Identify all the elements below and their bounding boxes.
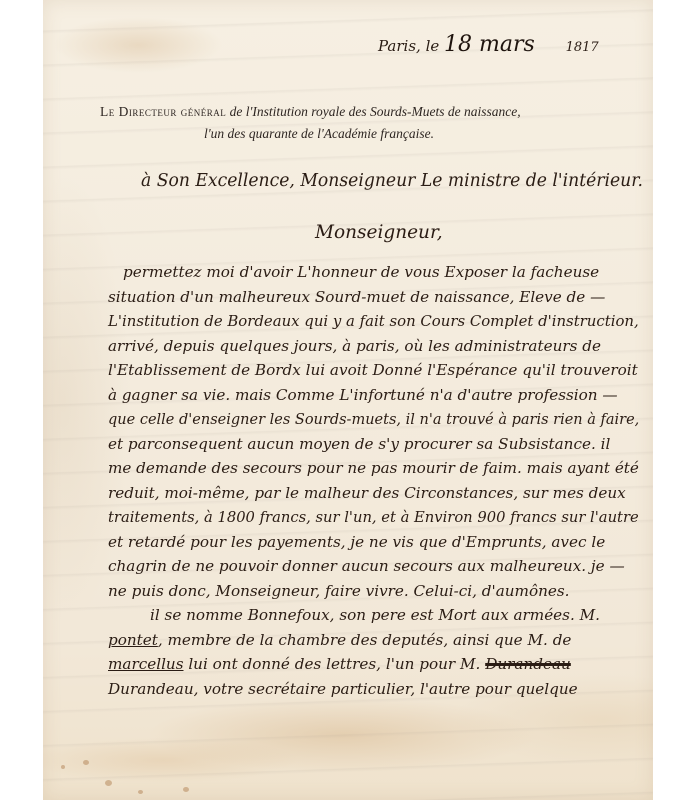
body-line: et retardé pour les payements, je ne vis… [108, 533, 605, 551]
place: Paris, le [378, 37, 439, 55]
underlined-name: marcellus [108, 655, 184, 673]
body-line: reduit, moi-même, par le malheur des Cir… [108, 484, 626, 502]
body-line: situation d'un malheureux Sourd-muet de … [108, 288, 605, 306]
day-month: 18 mars [444, 32, 535, 57]
salutation: Monseigneur, [315, 222, 443, 243]
letterhead-line-2: l'un des quarante de l'Académie français… [204, 126, 434, 142]
foxing-spot [105, 780, 112, 786]
underlined-name: pontet [108, 631, 158, 649]
letterhead-line-1: Le Directeur général de l'Institution ro… [100, 104, 521, 120]
body-line: que celle d'enseigner les Sourds-muets, … [108, 410, 639, 428]
foxing-spot [183, 787, 189, 792]
year: 1817 [566, 40, 599, 55]
body-line: et parconsequent aucun moyen de s'y proc… [108, 435, 610, 453]
body-line: traitements, à 1800 francs, sur l'un, et… [108, 508, 639, 526]
foxing-spot [138, 790, 143, 794]
body-line: à gagner sa vie. mais Comme L'infortuné … [108, 386, 618, 404]
body-line: chagrin de ne pouvoir donner aucun secou… [108, 557, 625, 575]
foxing-spot [83, 760, 89, 765]
body-line: ne puis donc, Monseigneur, faire vivre. … [108, 582, 569, 600]
body-line: permettez moi d'avoir L'honneur de vous … [123, 263, 599, 281]
body-line: pontet, membre de la chambre des deputés… [108, 631, 571, 649]
letterhead-institution: de l'Institution royale des Sourds-Muets… [230, 104, 521, 119]
body-line: marcellus lui ont donné des lettres, l'u… [108, 655, 571, 673]
letterhead-title: Le Directeur général [100, 104, 226, 119]
body-line: l'Etablissement de Bordx lui avoit Donné… [108, 361, 638, 379]
addressee: à Son Excellence, Monseigneur Le ministr… [141, 171, 643, 191]
body-line: L'institution de Bordeaux qui y a fait s… [108, 312, 639, 330]
body-line: Durandeau, votre secrétaire particulier,… [108, 680, 578, 698]
struck-through-word: Durandeau [485, 655, 571, 673]
foxing-spot [61, 765, 65, 769]
body-line: il se nomme Bonnefoux, son pere est Mort… [150, 606, 600, 624]
place-and-date: Paris, le 18 mars 1817 [378, 32, 599, 57]
body-line: me demande des secours pour ne pas mouri… [108, 459, 639, 477]
body-line: arrivé, depuis quelques jours, à paris, … [108, 337, 601, 355]
